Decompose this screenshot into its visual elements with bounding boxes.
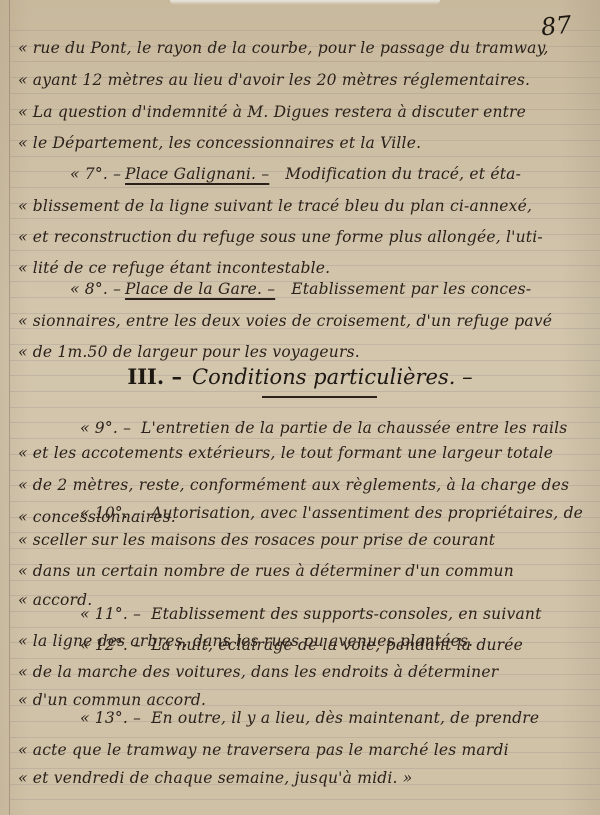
text-line: « sceller sur les maisons des rosaces po… [18,530,592,550]
text-line: « de 2 mètres, reste, conformément aux r… [18,475,592,495]
ruled-line [10,438,600,439]
condition-text: L'entretien de la partie de la chaussée … [141,419,567,437]
ruled-line [10,124,600,125]
condition-text: La nuit, éclairage de la voie, pendant l… [151,636,523,654]
item-number: « 8°. – [70,280,121,298]
ruled-line [10,250,600,251]
section-title: Conditions particulières. – [192,365,473,389]
item-text: Modification du tracé, et éta- [285,165,521,183]
ruled-line [10,187,600,188]
condition-number: « 9°. – [80,419,131,437]
ruled-line [10,30,600,31]
ruled-line [10,627,600,628]
ruled-line [10,218,600,219]
page-top-shadow [170,0,440,5]
section-roman-numeral: III. – [127,364,182,389]
text-line: « dans un certain nombre de rues à déter… [18,561,592,581]
text-line: « et reconstruction du refuge sous une f… [18,227,592,247]
item-title: Place Galignani. – [125,165,269,183]
ruled-line [10,737,600,738]
condition-heading-line: « 9°. –L'entretien de la partie de la ch… [80,418,592,438]
margin-line [9,0,10,815]
ruled-line [10,391,600,392]
condition-number: « 10°. – [80,504,141,522]
text-line: « de la marche des voitures, dans les en… [18,662,592,682]
item-heading-line: « 8°. –Place de la Gare. –Etablissement … [70,279,592,299]
ruled-line [10,658,600,659]
page-number: 87 [540,10,573,41]
text-line: « acte que le tramway ne traversera pas … [18,740,592,760]
text-line: « le Département, les concessionnaires e… [18,133,592,153]
text-line: « lité de ce refuge étant incontestable. [18,258,592,278]
condition-number: « 11°. – [80,605,141,623]
ruled-line [10,799,600,800]
item-title: Place de la Gare. – [125,280,275,298]
item-number: « 7°. – [70,165,121,183]
text-line: « rue du Pont, le rayon de la courbe, po… [18,38,592,58]
section-heading: III. –Conditions particulières. – [0,364,600,389]
condition-heading-line: « 13°. –En outre, il y a lieu, dès maint… [80,708,592,728]
item-heading-line: « 7°. –Place Galignani. –Modification du… [70,164,592,184]
text-line: « sionnaires, entre les deux voies de cr… [18,311,592,331]
condition-number: « 13°. – [80,709,141,727]
text-line: « et vendredi de chaque semaine, jusqu'à… [18,768,592,788]
text-line: « et les accotements extérieurs, le tout… [18,443,592,463]
ruled-line [10,407,600,408]
text-line: « blissement de la ligne suivant le trac… [18,196,592,216]
condition-heading-line: « 10°. –Autorisation, avec l'assentiment… [80,503,592,523]
ruled-line [10,501,600,502]
text-line: « ayant 12 mètres au lieu d'avoir les 20… [18,70,592,90]
condition-text: Etablissement des supports-consoles, en … [151,605,541,623]
condition-heading-line: « 12°. –La nuit, éclairage de la voie, p… [80,635,592,655]
condition-text: En outre, il y a lieu, dès maintenant, d… [151,709,539,727]
condition-heading-line: « 11°. –Etablissement des supports-conso… [80,604,592,624]
text-line: « de 1m.50 de largeur pour les voyageurs… [18,342,592,362]
item-text: Etablissement par les conces- [291,280,531,298]
ruled-line [10,470,600,471]
condition-number: « 12°. – [80,636,141,654]
condition-text: Autorisation, avec l'assentiment des pro… [151,504,583,522]
ruled-line [10,93,600,94]
section-separator [262,396,377,398]
text-line: « La question d'indemnité à M. Digues re… [18,102,592,122]
text-line: « d'un commun accord. [18,690,592,710]
ruled-line [10,156,600,157]
ruled-line [10,61,600,62]
